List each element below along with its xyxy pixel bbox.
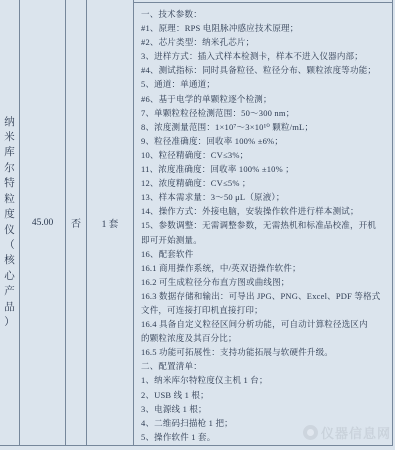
spec-line: 5、通道：单通道；	[141, 77, 388, 91]
product-name-char: 特	[4, 176, 15, 191]
product-name-char: 核	[4, 253, 15, 268]
spec-line: 15、参数调整：无需调整参数，无需热机和标准品校准，开机	[141, 218, 388, 232]
spec-line: 12、浓度精确度：CV≤5% ；	[141, 176, 388, 190]
spec-line: 16.4 具备自定义粒径区间分析功能，可自动计算粒径选区内	[141, 317, 388, 331]
spec-text-block: 一、技术参数：#1、原理：RPS 电阻脉冲感应技术原理；#2、芯片类型：纳米孔芯…	[134, 2, 392, 444]
spec-line: 一、技术参数：	[141, 7, 388, 21]
spec-line: 16.3 数据存储和输出：可导出 JPG、PNG、Excel、PDF 等格式	[141, 289, 388, 303]
budget-value: 45.00	[32, 218, 53, 228]
spec-line: 文件，可连接打印机直接打印；	[141, 303, 388, 317]
spec-line: 2、USB 线 1 根；	[141, 388, 388, 402]
product-name-char: 心	[4, 269, 15, 284]
product-name-char: 尔	[4, 161, 15, 176]
product-name-char: 纳	[4, 115, 15, 130]
spec-line: 3、电源线 1 根；	[141, 402, 388, 416]
spec-line: 9、粒径准确度：回收率 100% ±6%；	[141, 134, 388, 148]
quantity-value: 1 套	[102, 216, 119, 230]
spec-line: 16.5 功能可拓展性：支持功能拓展与软硬件升级。	[141, 345, 388, 359]
spec-line: 3、进样方式：插入式样本检测卡，样本不进入仪器内部；	[141, 49, 388, 63]
spec-line: 1、纳米库尔特粒度仪主机 1 台；	[141, 373, 388, 387]
spec-line: 11、浓度准确度：回收率 100% ±10% ；	[141, 162, 388, 176]
spec-line: #2、芯片类型：纳米孔芯片；	[141, 35, 388, 49]
product-row: 纳米库尔特粒度仪（核心产品） 45.00 否 1 套 一、技术参数：#1、原理：…	[0, 0, 393, 446]
spec-line: 7、单颗粒粒径检测范围：50～300 nm；	[141, 106, 388, 120]
product-name-char: 粒	[4, 192, 15, 207]
spec-line: 16、配套软件	[141, 247, 388, 261]
spec-cell: 一、技术参数：#1、原理：RPS 电阻脉冲感应技术原理；#2、芯片类型：纳米孔芯…	[134, 0, 393, 445]
spec-line: 4、二维码扫描枪 1 把；	[141, 416, 388, 430]
import-flag-value: 否	[71, 215, 81, 230]
product-name-char: 库	[4, 145, 15, 160]
product-name-char: 仪	[4, 223, 15, 238]
spec-line: 10、粒径精确度：CV≤3%；	[141, 148, 388, 162]
spec-line: 16.1 商用操作系统，中/英双语操作软件；	[141, 261, 388, 275]
spec-line: 14、操作方式：外接电脑，安装操作软件进行样本测试；	[141, 204, 388, 218]
product-name-char: 产	[4, 284, 15, 299]
product-name-char: 度	[4, 207, 15, 222]
tender-table-page: 纳米库尔特粒度仪（核心产品） 45.00 否 1 套 一、技术参数：#1、原理：…	[0, 0, 395, 450]
spec-line: 13、样本需求量：3～50 μL（原液）；	[141, 190, 388, 204]
budget-cell: 45.00	[20, 0, 66, 445]
product-name-vertical: 纳米库尔特粒度仪（核心产品）	[4, 115, 15, 331]
product-name-char: 品	[4, 300, 15, 315]
quantity-cell: 1 套	[87, 0, 134, 445]
spec-line: 即可开始测量。	[141, 233, 388, 247]
spec-line: #1、原理：RPS 电阻脉冲感应技术原理；	[141, 21, 388, 35]
spec-line: 8、浓度测量范围：1×10⁷～3×10¹⁰ 颗粒/mL；	[141, 120, 388, 134]
spec-line: 二、配置清单：	[141, 359, 388, 373]
spec-line: 5、操作软件 1 套。	[141, 430, 388, 444]
spec-line: 16.2 可生成粒径分布直方图或曲线图；	[141, 275, 388, 289]
product-name-cell: 纳米库尔特粒度仪（核心产品）	[0, 0, 20, 445]
spec-line: #6、基于电学的单颗粒逐个检测；	[141, 92, 388, 106]
product-name-char: 米	[4, 130, 15, 145]
spec-line: 的颗粒浓度及其百分比；	[141, 331, 388, 345]
product-name-char: ）	[4, 315, 15, 330]
import-flag-cell: 否	[66, 0, 87, 445]
spec-line: #4、测试指标：同时具备粒径、粒径分布、颗粒浓度等功能；	[141, 63, 388, 77]
product-name-char: （	[4, 238, 15, 253]
